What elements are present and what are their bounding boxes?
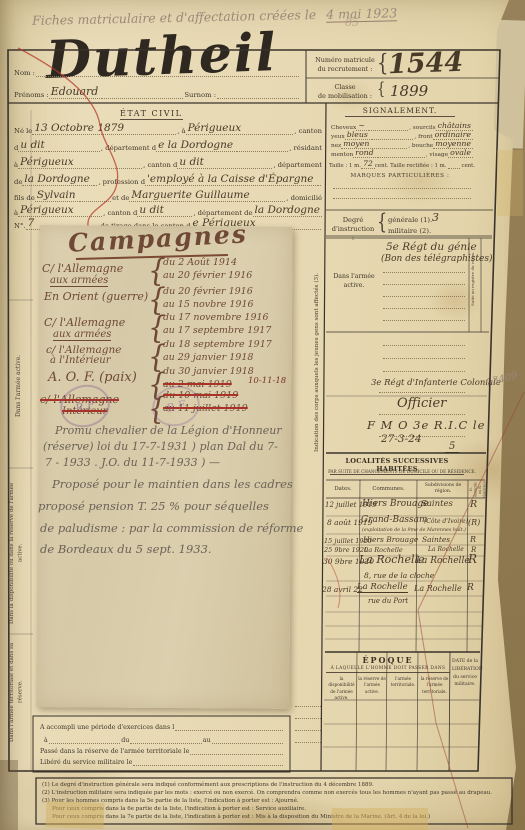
note-line-5: proposé pension T. 25 % pour séquelles — [38, 499, 269, 513]
campagne-5-label-1: A. O. F. (paix) — [48, 370, 137, 385]
campagne-2-date-2: au 15 novbre 1916 — [163, 299, 254, 310]
campagne-4-label-2: à l'Intérieur — [50, 355, 111, 366]
tape-bottom-left — [46, 801, 105, 829]
campagne-3-date-1: du 17 novembre 1916 — [163, 312, 269, 323]
campagne-4-date-2: au 29 janvier 1918 — [163, 352, 253, 363]
note-line-2: (réserve) loi du 17-7-1931 ) plan Dal du… — [43, 440, 278, 453]
note-line-6: de paludisme : par la commission de réfo… — [40, 521, 303, 535]
tape-bottom-middle — [332, 808, 428, 830]
campagne-1-date-1: du 2 Août 1914 — [163, 257, 237, 268]
campagne-3-date-2: au 17 septembre 1917 — [163, 325, 271, 336]
campagne-3-label-1: C/ l'Allemagne — [44, 316, 125, 329]
campagne-2-label-1: En Orient (guerre) — [44, 290, 148, 303]
campagne-2-date-1: du 20 février 1916 — [163, 286, 253, 297]
campagne-1-label-1: C/ l'Allemagne — [42, 262, 123, 275]
rf-stamp-1-text: R F — [74, 397, 96, 414]
tape-right-edge — [497, 150, 523, 216]
campagne-1-date-2: au 20 février 1916 — [163, 270, 252, 281]
campagne-5-date-1: du 30 janvier 1918 — [163, 366, 254, 377]
military-record-sheet: Fiches matriculaire et d'affectation cré… — [0, 0, 525, 830]
rf-stamp-2-text: R F — [165, 397, 187, 414]
campagne-3-label-2: aux armées — [53, 329, 111, 341]
note-line-7: de Bordeaux du 5 sept. 1933. — [40, 542, 212, 556]
campagne-5-red-note: 10-11-18 — [248, 376, 286, 386]
note-line-4: Proposé pour le maintien dans les cadres — [52, 477, 293, 491]
campagne-4-date-1: du 18 septembre 1917 — [163, 339, 272, 350]
note-line-3: 7 - 1933 . J.O. du 11-7-1933 ) — — [45, 456, 220, 469]
campagne-1-label-2: aux armées — [50, 275, 108, 287]
